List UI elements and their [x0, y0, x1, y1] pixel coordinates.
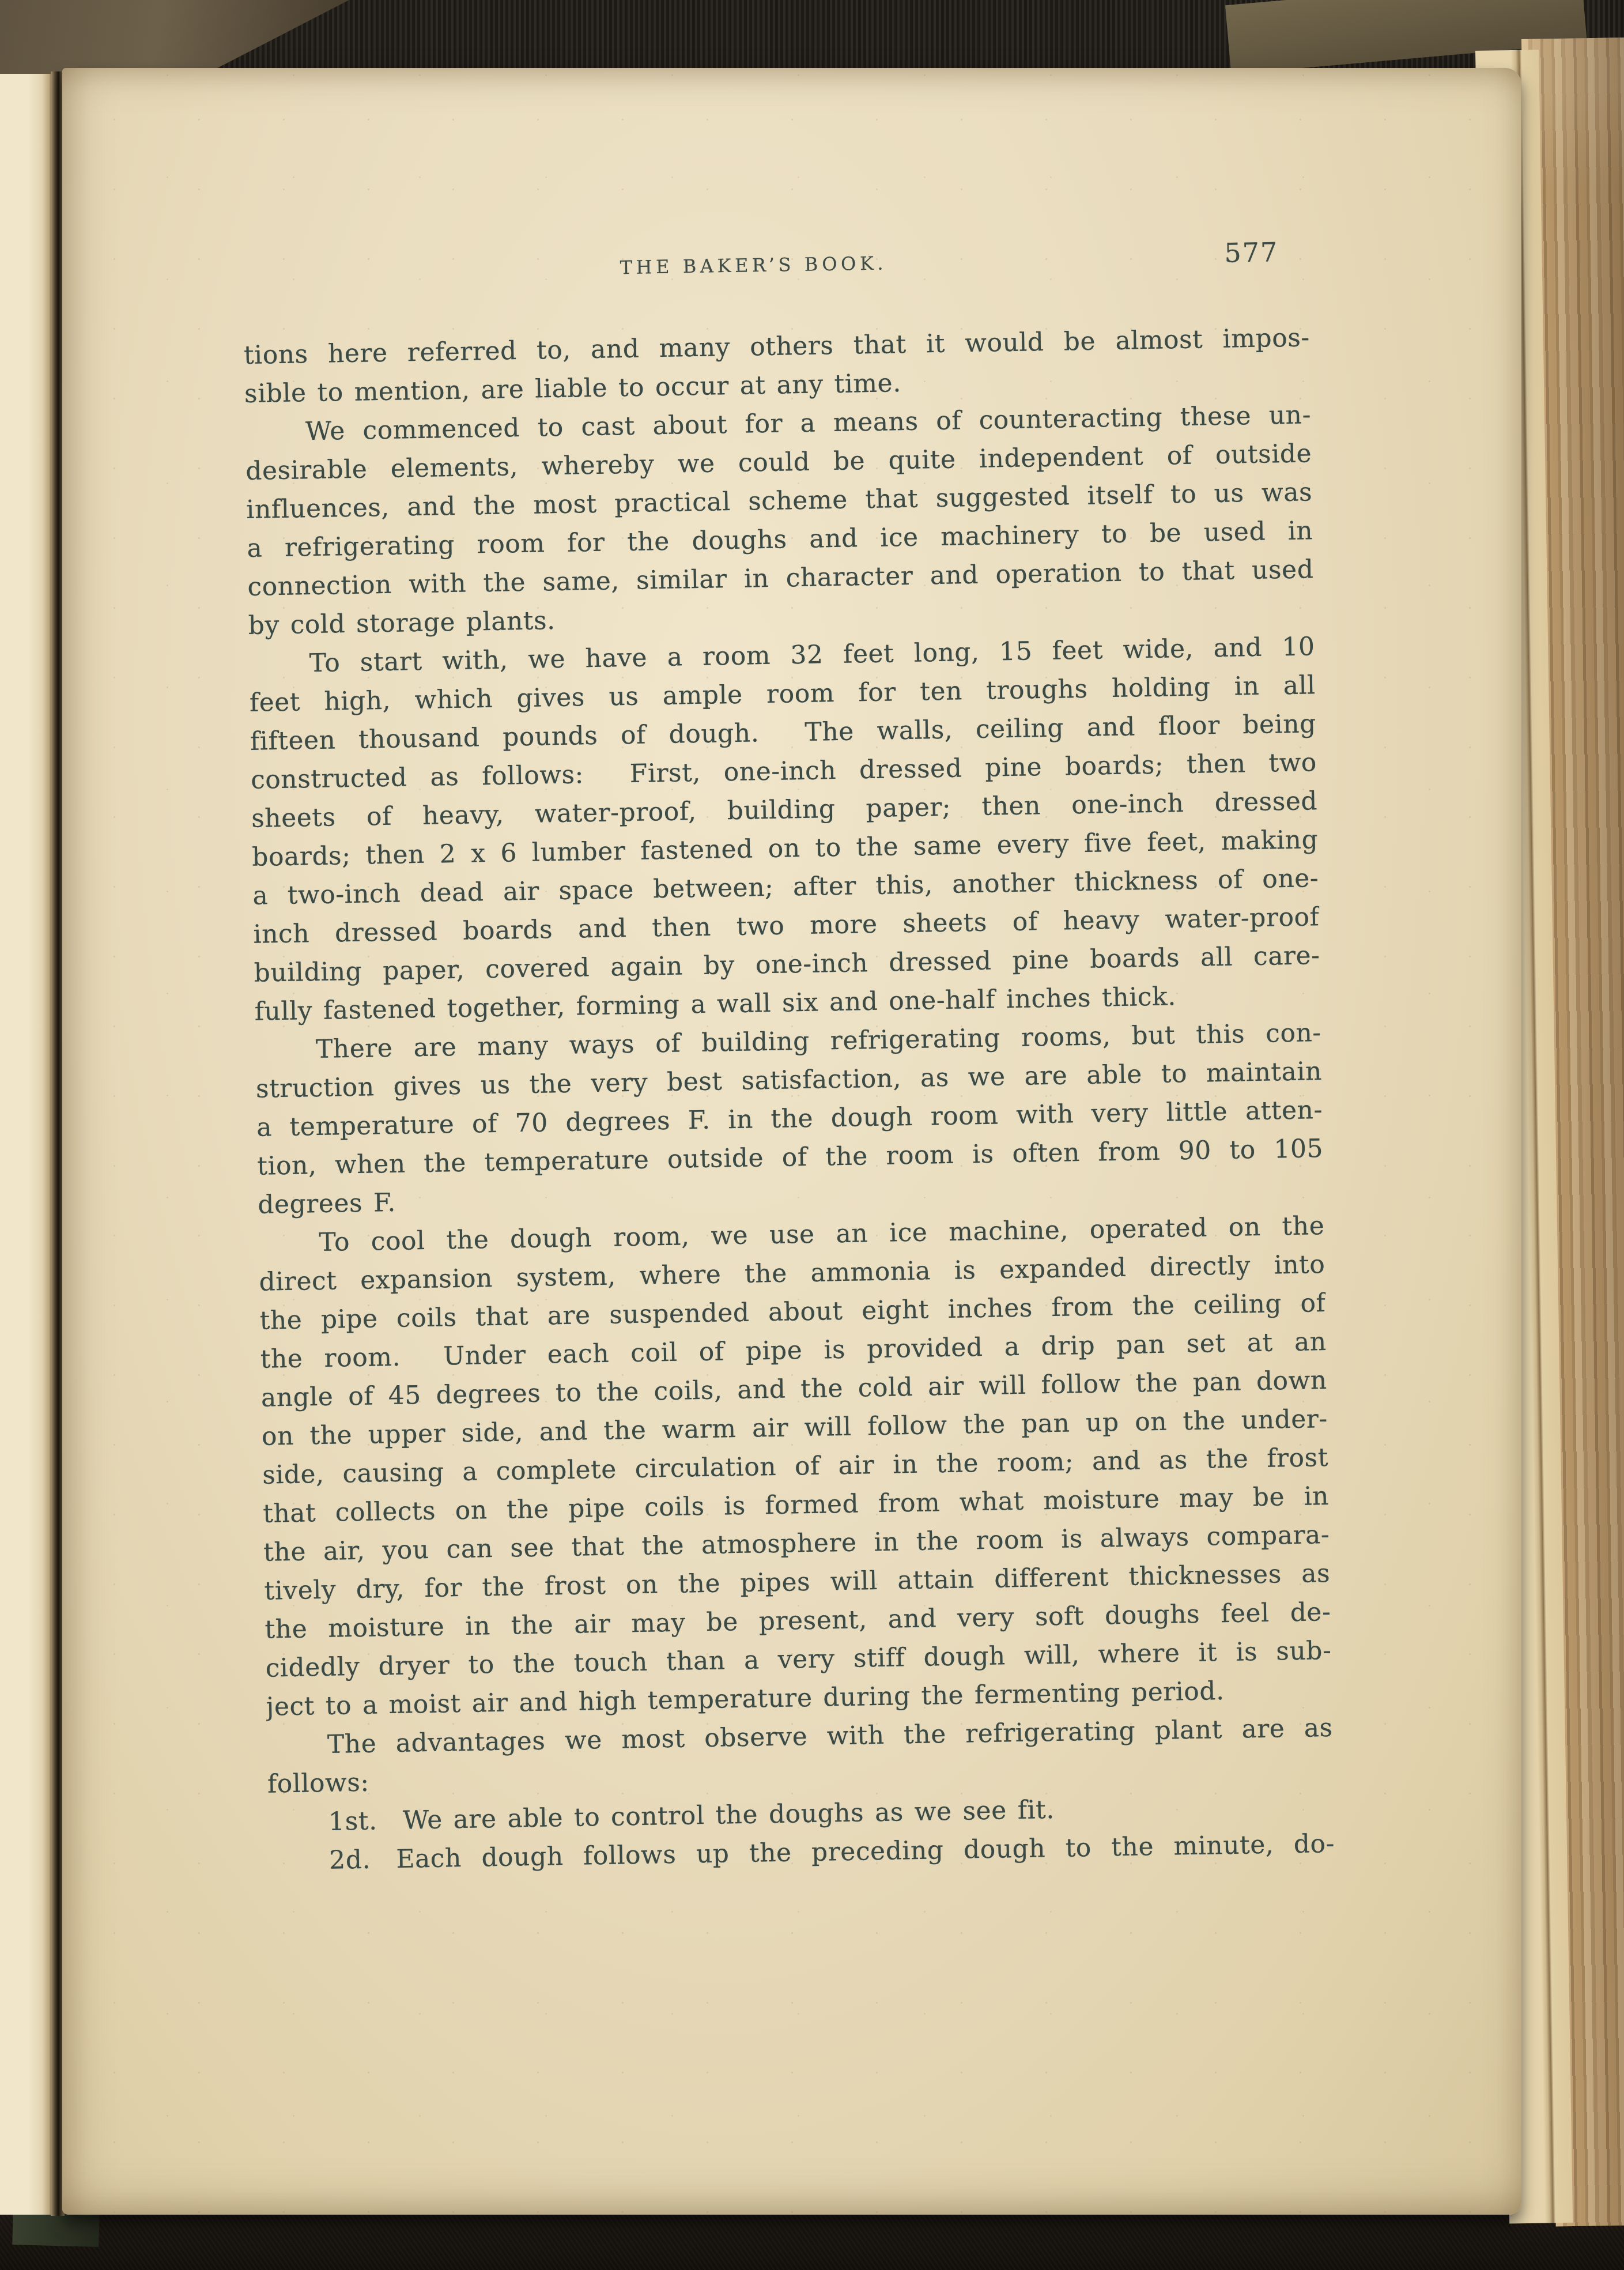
paragraph: We commenced to cast about for a means o…	[245, 395, 1315, 645]
page-number: 577	[1224, 236, 1279, 269]
paragraph: To cool the dough room, we use an ice ma…	[258, 1206, 1332, 1726]
book-cover-bottom-cloth	[0, 2212, 1624, 2270]
previous-page-edge	[0, 74, 52, 2215]
text-block: tions here referred to, and many others …	[243, 318, 1335, 1880]
running-title: THE BAKER’S BOOK.	[620, 252, 887, 278]
cover-bottom-edge-detail	[12, 2211, 99, 2247]
page-content: THE BAKER’S BOOK. 577 tions here referre…	[242, 236, 1335, 1880]
book-scan: THE BAKER’S BOOK. 577 tions here referre…	[0, 0, 1624, 2270]
paragraph: To start with, we have a room 32 feet lo…	[248, 627, 1321, 1031]
paragraph: There are many ways of building refriger…	[255, 1013, 1324, 1224]
